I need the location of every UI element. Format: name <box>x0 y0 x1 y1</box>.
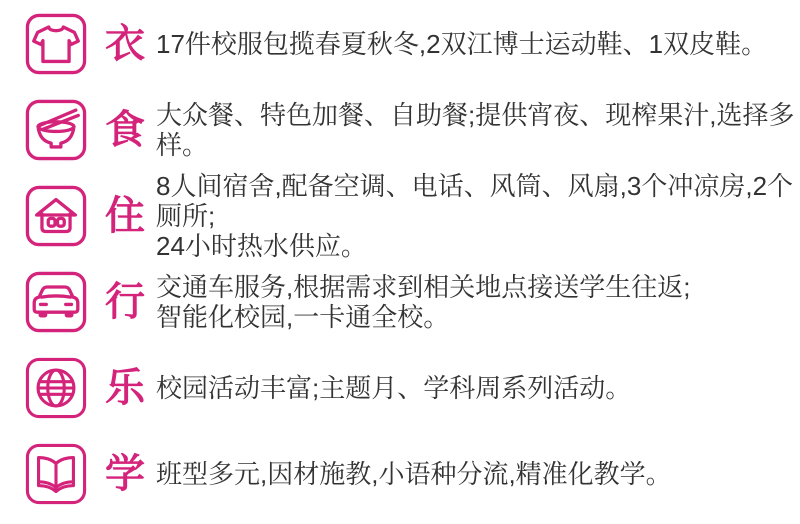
category-label-recreation: 乐 <box>105 368 145 408</box>
description-recreation: 校园活动丰富;主题月、学科周系列活动。 <box>156 373 631 403</box>
description-clothing: 17件校服包揽春夏秋冬,2双江博士运动鞋、1双皮鞋。 <box>156 29 767 59</box>
list-item-food: 食 大众餐、特色加餐、自助餐;提供宵夜、现榨果汁,选择多样。 <box>0 87 800 173</box>
tshirt-icon <box>25 13 87 75</box>
category-label-study: 学 <box>105 454 145 494</box>
category-label-transport: 行 <box>105 282 145 322</box>
description-food: 大众餐、特色加餐、自助餐;提供宵夜、现榨果汁,选择多样。 <box>156 100 800 160</box>
description-line: 大众餐、特色加餐、自助餐;提供宵夜、现榨果汁,选择多样。 <box>156 100 800 160</box>
list-item-transport: 行 交通车服务,根据需求到相关地点接送学生往返; 智能化校园,一卡通全校。 <box>0 259 800 345</box>
list-item-clothing: 衣 17件校服包揽春夏秋冬,2双江博士运动鞋、1双皮鞋。 <box>0 1 800 87</box>
list-item-recreation: 乐 校园活动丰富;主题月、学科周系列活动。 <box>0 345 800 431</box>
category-label-food: 食 <box>105 110 145 150</box>
category-label-clothing: 衣 <box>105 24 145 64</box>
globe-icon <box>25 357 87 419</box>
description-study: 班型多元,因材施教,小语种分流,精准化教学。 <box>156 459 672 489</box>
description-line: 校园活动丰富;主题月、学科周系列活动。 <box>156 373 631 403</box>
car-icon <box>25 271 87 333</box>
description-line: 班型多元,因材施教,小语种分流,精准化教学。 <box>156 459 672 489</box>
category-label-housing: 住 <box>105 196 145 236</box>
campus-life-infographic: 衣 17件校服包揽春夏秋冬,2双江博士运动鞋、1双皮鞋。 食 大众餐、特色加餐、… <box>0 0 800 524</box>
description-line: 智能化校园,一卡通全校。 <box>156 302 690 332</box>
description-line: 17件校服包揽春夏秋冬,2双江博士运动鞋、1双皮鞋。 <box>156 29 767 59</box>
description-line: 8人间宿舍,配备空调、电话、风筒、风扇,3个冲凉房,2个厕所; <box>156 171 800 231</box>
list-item-study: 学 班型多元,因材施教,小语种分流,精准化教学。 <box>0 431 800 517</box>
house-icon <box>25 185 87 247</box>
description-housing: 8人间宿舍,配备空调、电话、风筒、风扇,3个冲凉房,2个厕所; 24小时热水供应… <box>156 171 800 261</box>
description-line: 24小时热水供应。 <box>156 231 800 261</box>
rice-bowl-icon <box>25 99 87 161</box>
open-book-icon <box>25 443 87 505</box>
description-line: 交通车服务,根据需求到相关地点接送学生往返; <box>156 272 690 302</box>
list-item-housing: 住 8人间宿舍,配备空调、电话、风筒、风扇,3个冲凉房,2个厕所; 24小时热水… <box>0 173 800 259</box>
description-transport: 交通车服务,根据需求到相关地点接送学生往返; 智能化校园,一卡通全校。 <box>156 272 690 332</box>
